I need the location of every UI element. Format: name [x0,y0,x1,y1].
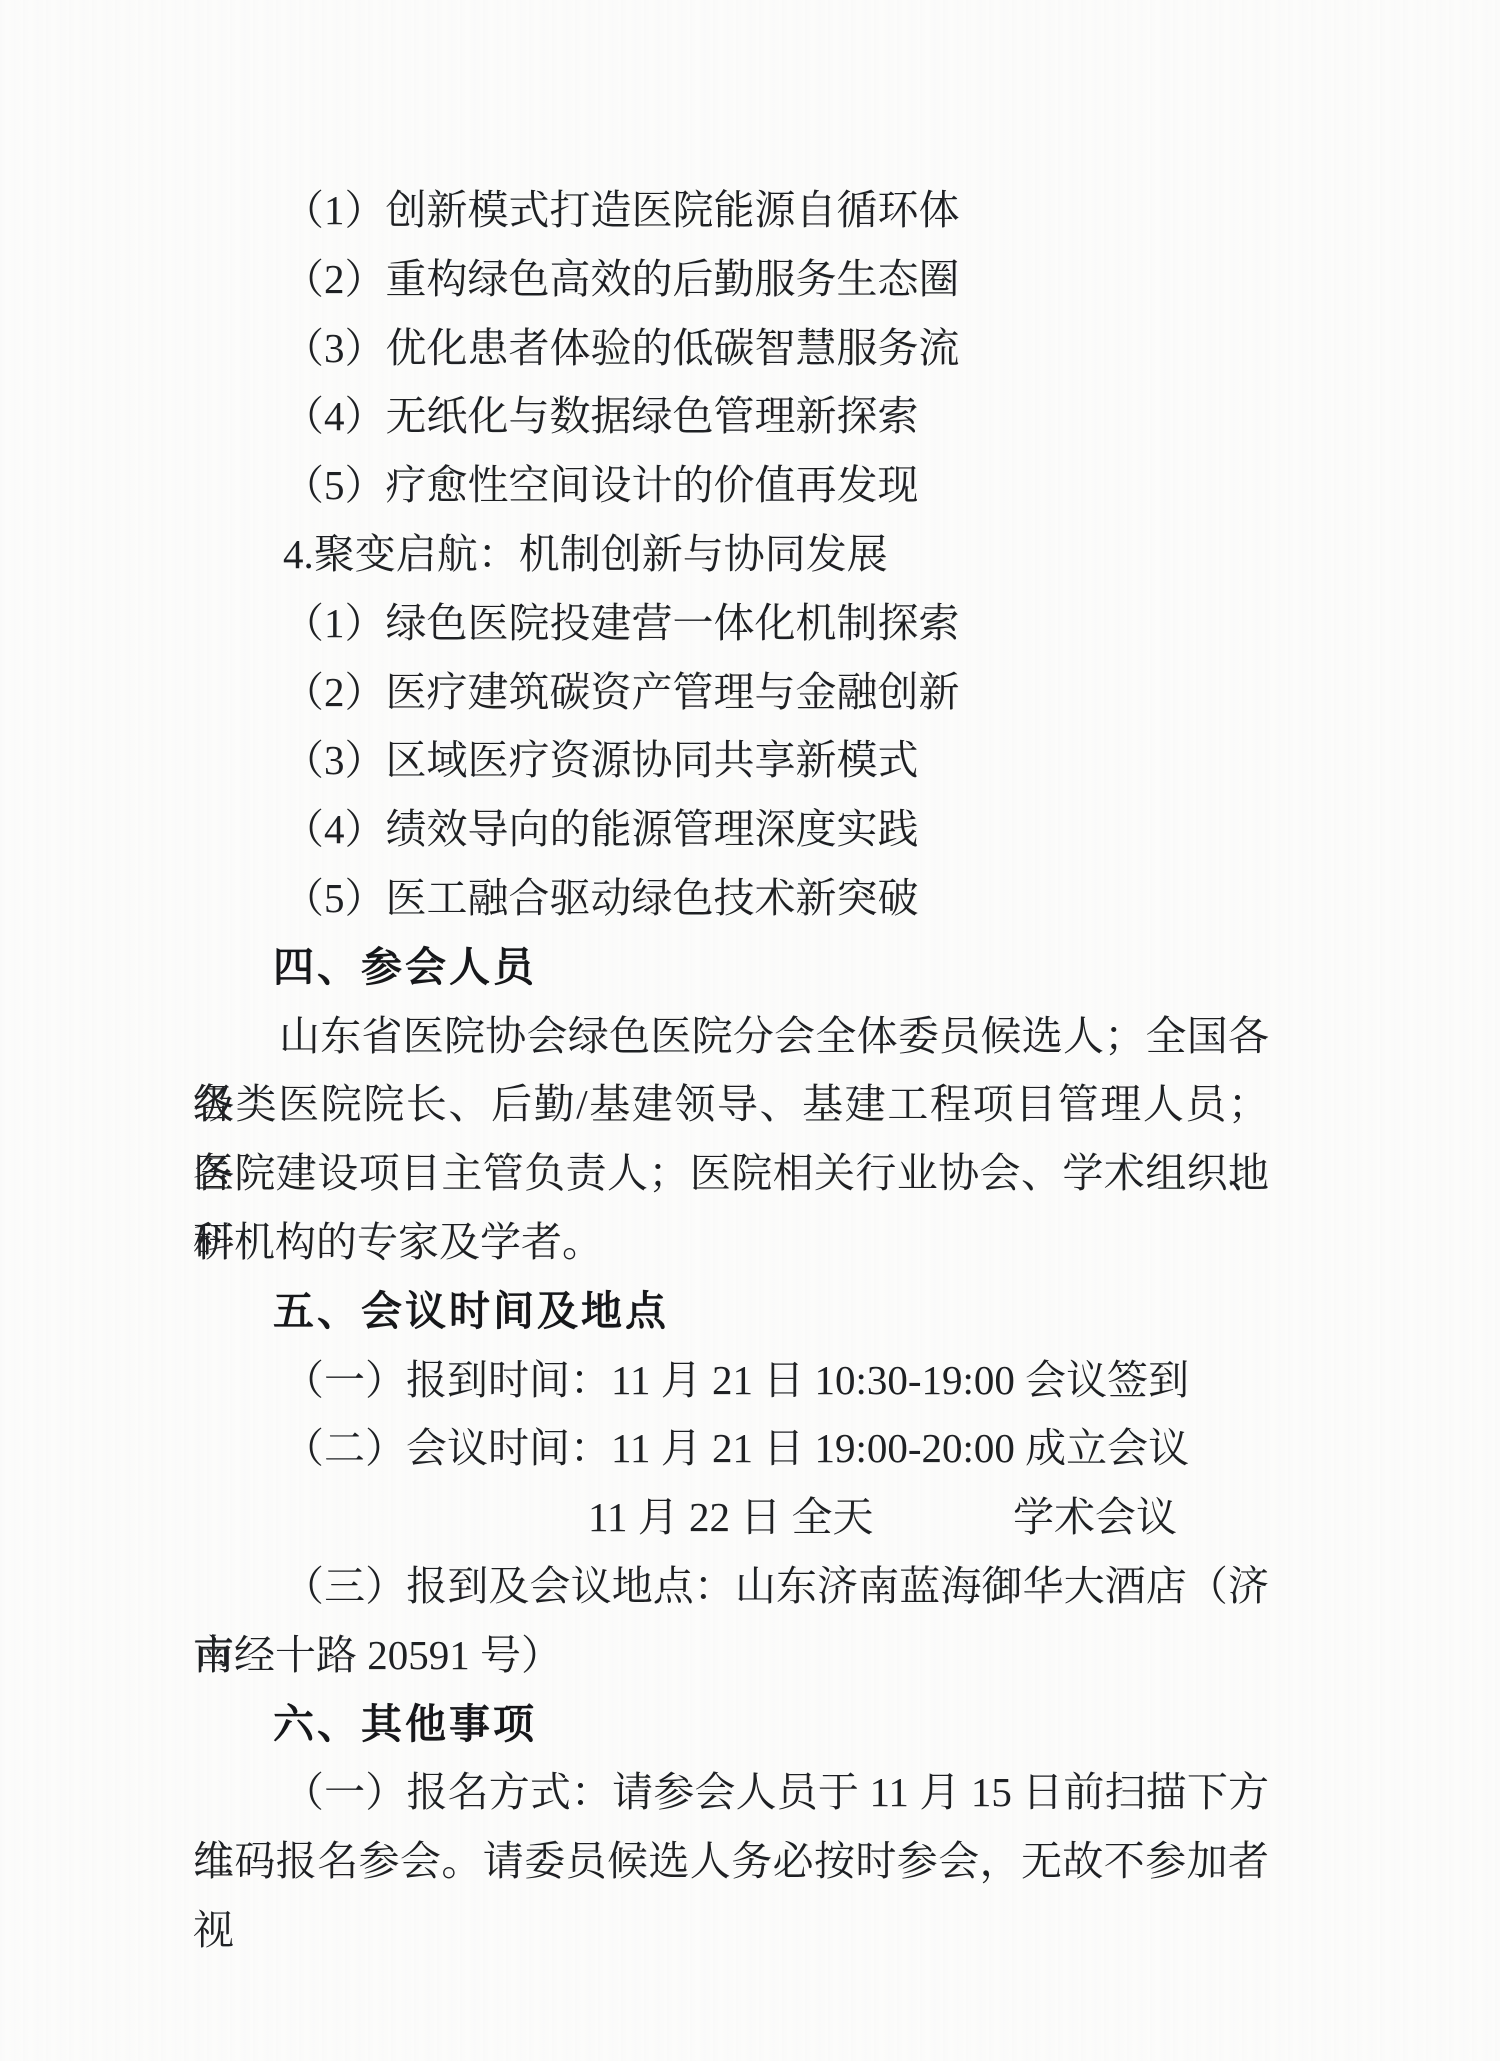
paragraph-line: 医院建设项目主管负责人；医院相关行业协会、学术组织、科 [193,1139,1269,1208]
agenda-item-line: （3）优化患者体验的低碳智慧服务流 [193,314,1269,383]
document-body: （1）创新模式打造医院能源自循环体 （2）重构绿色高效的后勤服务生态圈 （3）优… [193,176,1269,1896]
schedule-session: 学术会议 [1013,1483,1177,1552]
registration-method-line: （一）报名方式：请参会人员于 11 月 15 日前扫描下方二 [193,1758,1269,1827]
registration-method-line: 维码报名参会。请委员候选人务必按时参会，无故不参加者视 [193,1827,1269,1896]
agenda-item-line: （2）医疗建筑碳资产管理与金融创新 [193,658,1269,727]
agenda-item-line: （4）无纸化与数据绿色管理新探索 [193,382,1269,451]
venue-address-line: 市经十路 20591 号） [193,1621,1269,1690]
agenda-item-line: （5）医工融合驱动绿色技术新突破 [193,864,1269,933]
paragraph-line: 研机构的专家及学者。 [193,1208,1269,1277]
registration-time-line: （一）报到时间：11 月 21 日 10:30-19:00 会议签到 [193,1346,1269,1415]
paragraph-line: 山东省医院协会绿色医院分会全体委员候选人；全国各级 [193,1002,1269,1071]
scanned-notice-page: （1）创新模式打造医院能源自循环体 （2）重构绿色高效的后勤服务生态圈 （3）优… [0,0,1500,2061]
meeting-time-line: （二）会议时间：11 月 21 日 19:00-20:00 成立会议 [193,1414,1269,1483]
agenda-item-line: （1）创新模式打造医院能源自循环体 [193,176,1269,245]
agenda-item-line: （5）疗愈性空间设计的价值再发现 [193,451,1269,520]
agenda-item-line: （4）绩效导向的能源管理深度实践 [193,795,1269,864]
section-heading-participants: 四、参会人员 [193,933,1269,1002]
agenda-item-line: （2）重构绿色高效的后勤服务生态圈 [193,245,1269,314]
paragraph-line: 各类医院院长、后勤/基建领导、基建工程项目管理人员；各地 [193,1070,1269,1139]
schedule-time-line: 11 月 22 日 全天 学术会议 [193,1483,1269,1552]
venue-line: （三）报到及会议地点：山东济南蓝海御华大酒店（济南 [193,1552,1269,1621]
agenda-topic-line: 4.聚变启航：机制创新与协同发展 [193,520,1269,589]
agenda-item-line: （1）绿色医院投建营一体化机制探索 [193,589,1269,658]
agenda-item-line: （3）区域医疗资源协同共享新模式 [193,726,1269,795]
section-heading-time-venue: 五、会议时间及地点 [193,1277,1269,1346]
schedule-date: 11 月 22 日 全天 [588,1483,873,1552]
section-heading-other-matters: 六、其他事项 [193,1690,1269,1759]
